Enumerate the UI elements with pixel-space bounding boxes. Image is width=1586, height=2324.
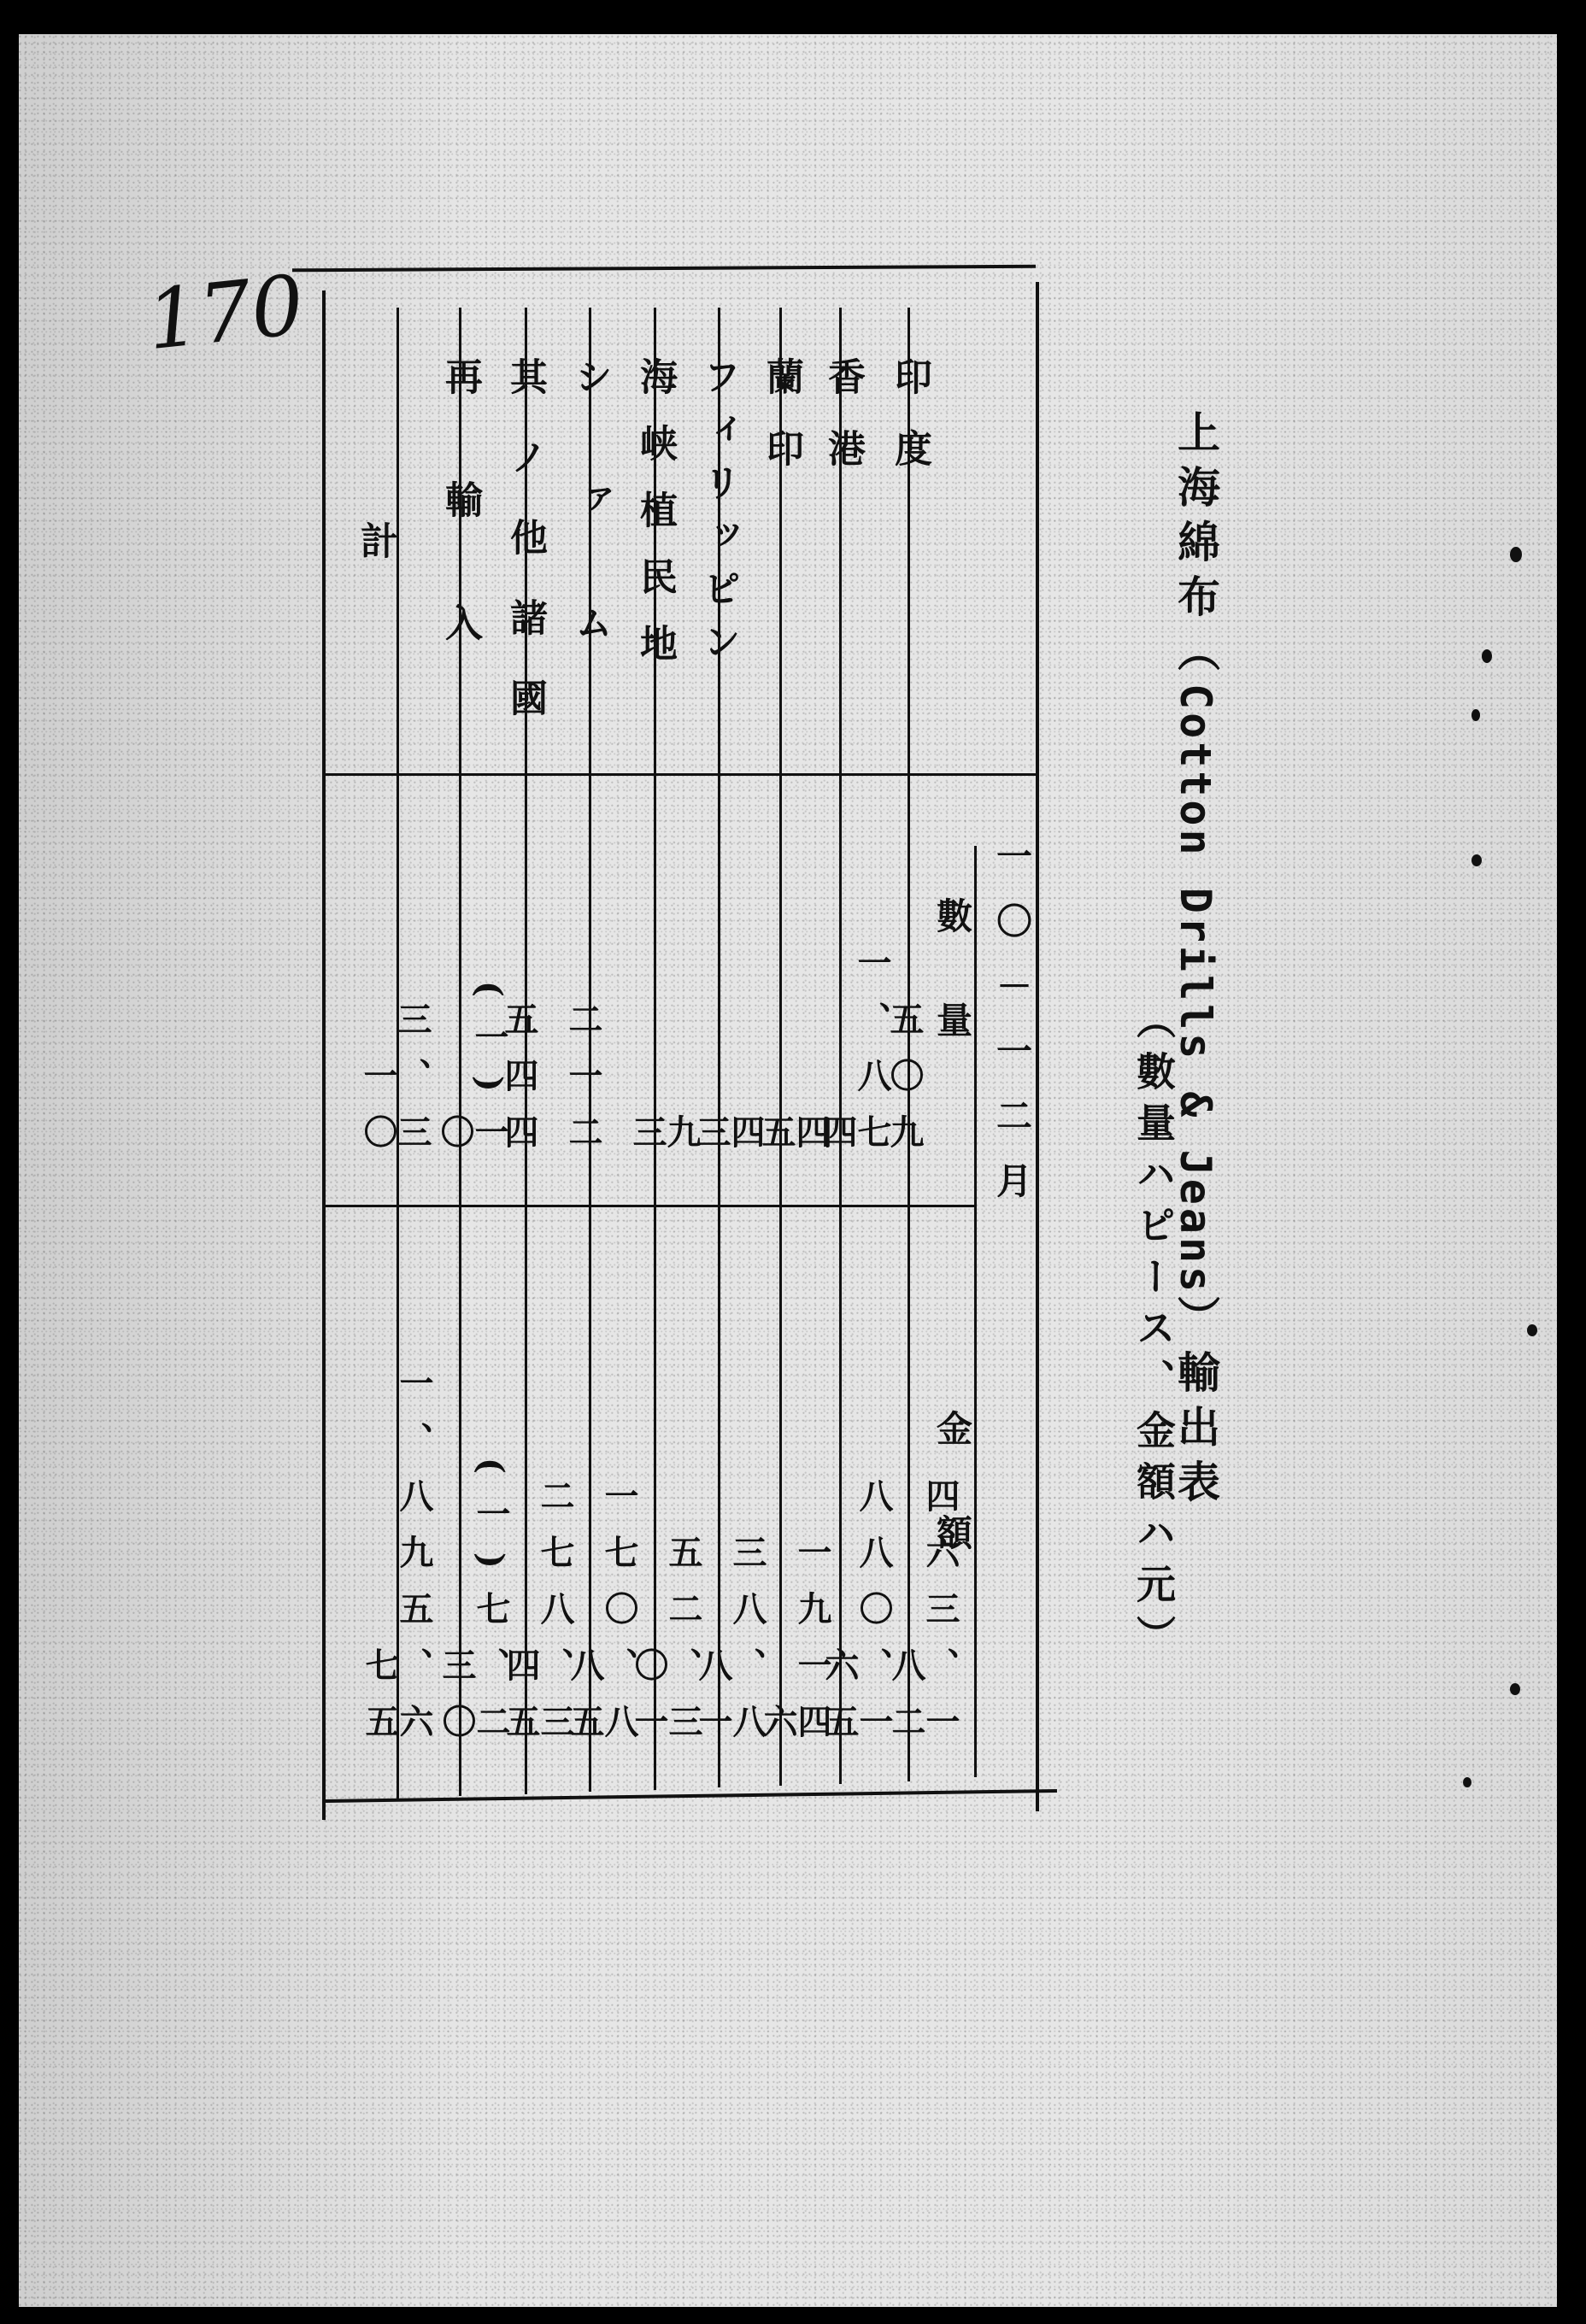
title-suffix: 輸出表 bbox=[1171, 1350, 1221, 1514]
title-paren-close: ） bbox=[1171, 1295, 1221, 1350]
row-label-straits-settlements: 海峡植民地 bbox=[636, 357, 673, 690]
table-top-rule bbox=[292, 265, 1036, 273]
row-label-other-countries: 其ノ他諸國 bbox=[506, 357, 543, 759]
row-label-philippines: フィリッピン bbox=[699, 357, 737, 675]
unit-note: （數量ハピース、金額ハ元） bbox=[1134, 1000, 1173, 1666]
quantity-reimport: (一)一〇 bbox=[438, 965, 506, 1171]
row-label-reimport: 再輸入 bbox=[441, 357, 479, 726]
quantity-philippines: 四三 bbox=[694, 1059, 762, 1171]
quantity-straits-settlements: 九三 bbox=[630, 1059, 698, 1171]
punch-mark bbox=[1471, 854, 1482, 866]
row-label-india: 印度 bbox=[890, 357, 928, 501]
quantity-siam: 二一二 bbox=[566, 1000, 600, 1171]
quantity-header: 數量 bbox=[926, 897, 978, 1106]
title-english: Cotton Drills & Jeans bbox=[1171, 684, 1220, 1295]
page-number: 170 bbox=[143, 257, 308, 369]
header-divider bbox=[325, 773, 1036, 776]
punch-mark bbox=[1463, 1777, 1471, 1787]
punch-mark bbox=[1471, 709, 1480, 721]
amount-siam: 一七〇、八八五 bbox=[567, 1435, 636, 1760]
row-label-siam: シァム bbox=[571, 357, 608, 726]
row-label-total: 計 bbox=[356, 521, 394, 593]
punch-mark bbox=[1510, 1683, 1520, 1695]
amount-total: 一、八九五、六七五 bbox=[362, 1359, 431, 1760]
title-paren-open: （ bbox=[1171, 629, 1221, 684]
quantity-total: 三、三一〇 bbox=[361, 957, 429, 1171]
amount-straits-settlements: 五二、三〇一 bbox=[631, 1487, 700, 1760]
title-prefix: 上海綿布 bbox=[1171, 410, 1221, 629]
quantity-amount-divider bbox=[325, 1205, 974, 1207]
amount-hongkong: 八八〇、一六五 bbox=[822, 1435, 890, 1760]
amount-reimport: (一)七、二三〇 bbox=[439, 1435, 508, 1760]
amount-other-countries: 二七八、三四五 bbox=[503, 1435, 572, 1760]
quantity-hongkong: 一、八七四 bbox=[820, 931, 889, 1171]
row-label-dutch-east-indies: 蘭印 bbox=[762, 357, 800, 501]
table-title: 上海綿布（Cotton Drills & Jeans）輸出表 bbox=[1174, 410, 1217, 1514]
period-header: 一〇－一二月 bbox=[986, 837, 1037, 1227]
punch-mark bbox=[1527, 1324, 1537, 1336]
punch-mark bbox=[1482, 649, 1492, 663]
amount-dutch-east-indies: 一九一四六 bbox=[761, 1495, 829, 1760]
table-left-rule bbox=[322, 290, 326, 1820]
amount-philippines: 三八、八八一 bbox=[696, 1487, 764, 1760]
row-label-hongkong: 香港 bbox=[824, 357, 861, 501]
punch-mark bbox=[1510, 547, 1522, 562]
quantity-dutch-east-indies: 四五 bbox=[759, 1059, 827, 1171]
scanned-page: 170 上海綿布（Cotton Drills & Jeans）輸出表 （數量ハピ… bbox=[19, 34, 1557, 2307]
quantity-india: 五〇九 bbox=[887, 1000, 921, 1171]
table-bottom-rule bbox=[322, 1789, 1057, 1803]
amount-india: 四六三、一八二 bbox=[889, 1435, 957, 1760]
